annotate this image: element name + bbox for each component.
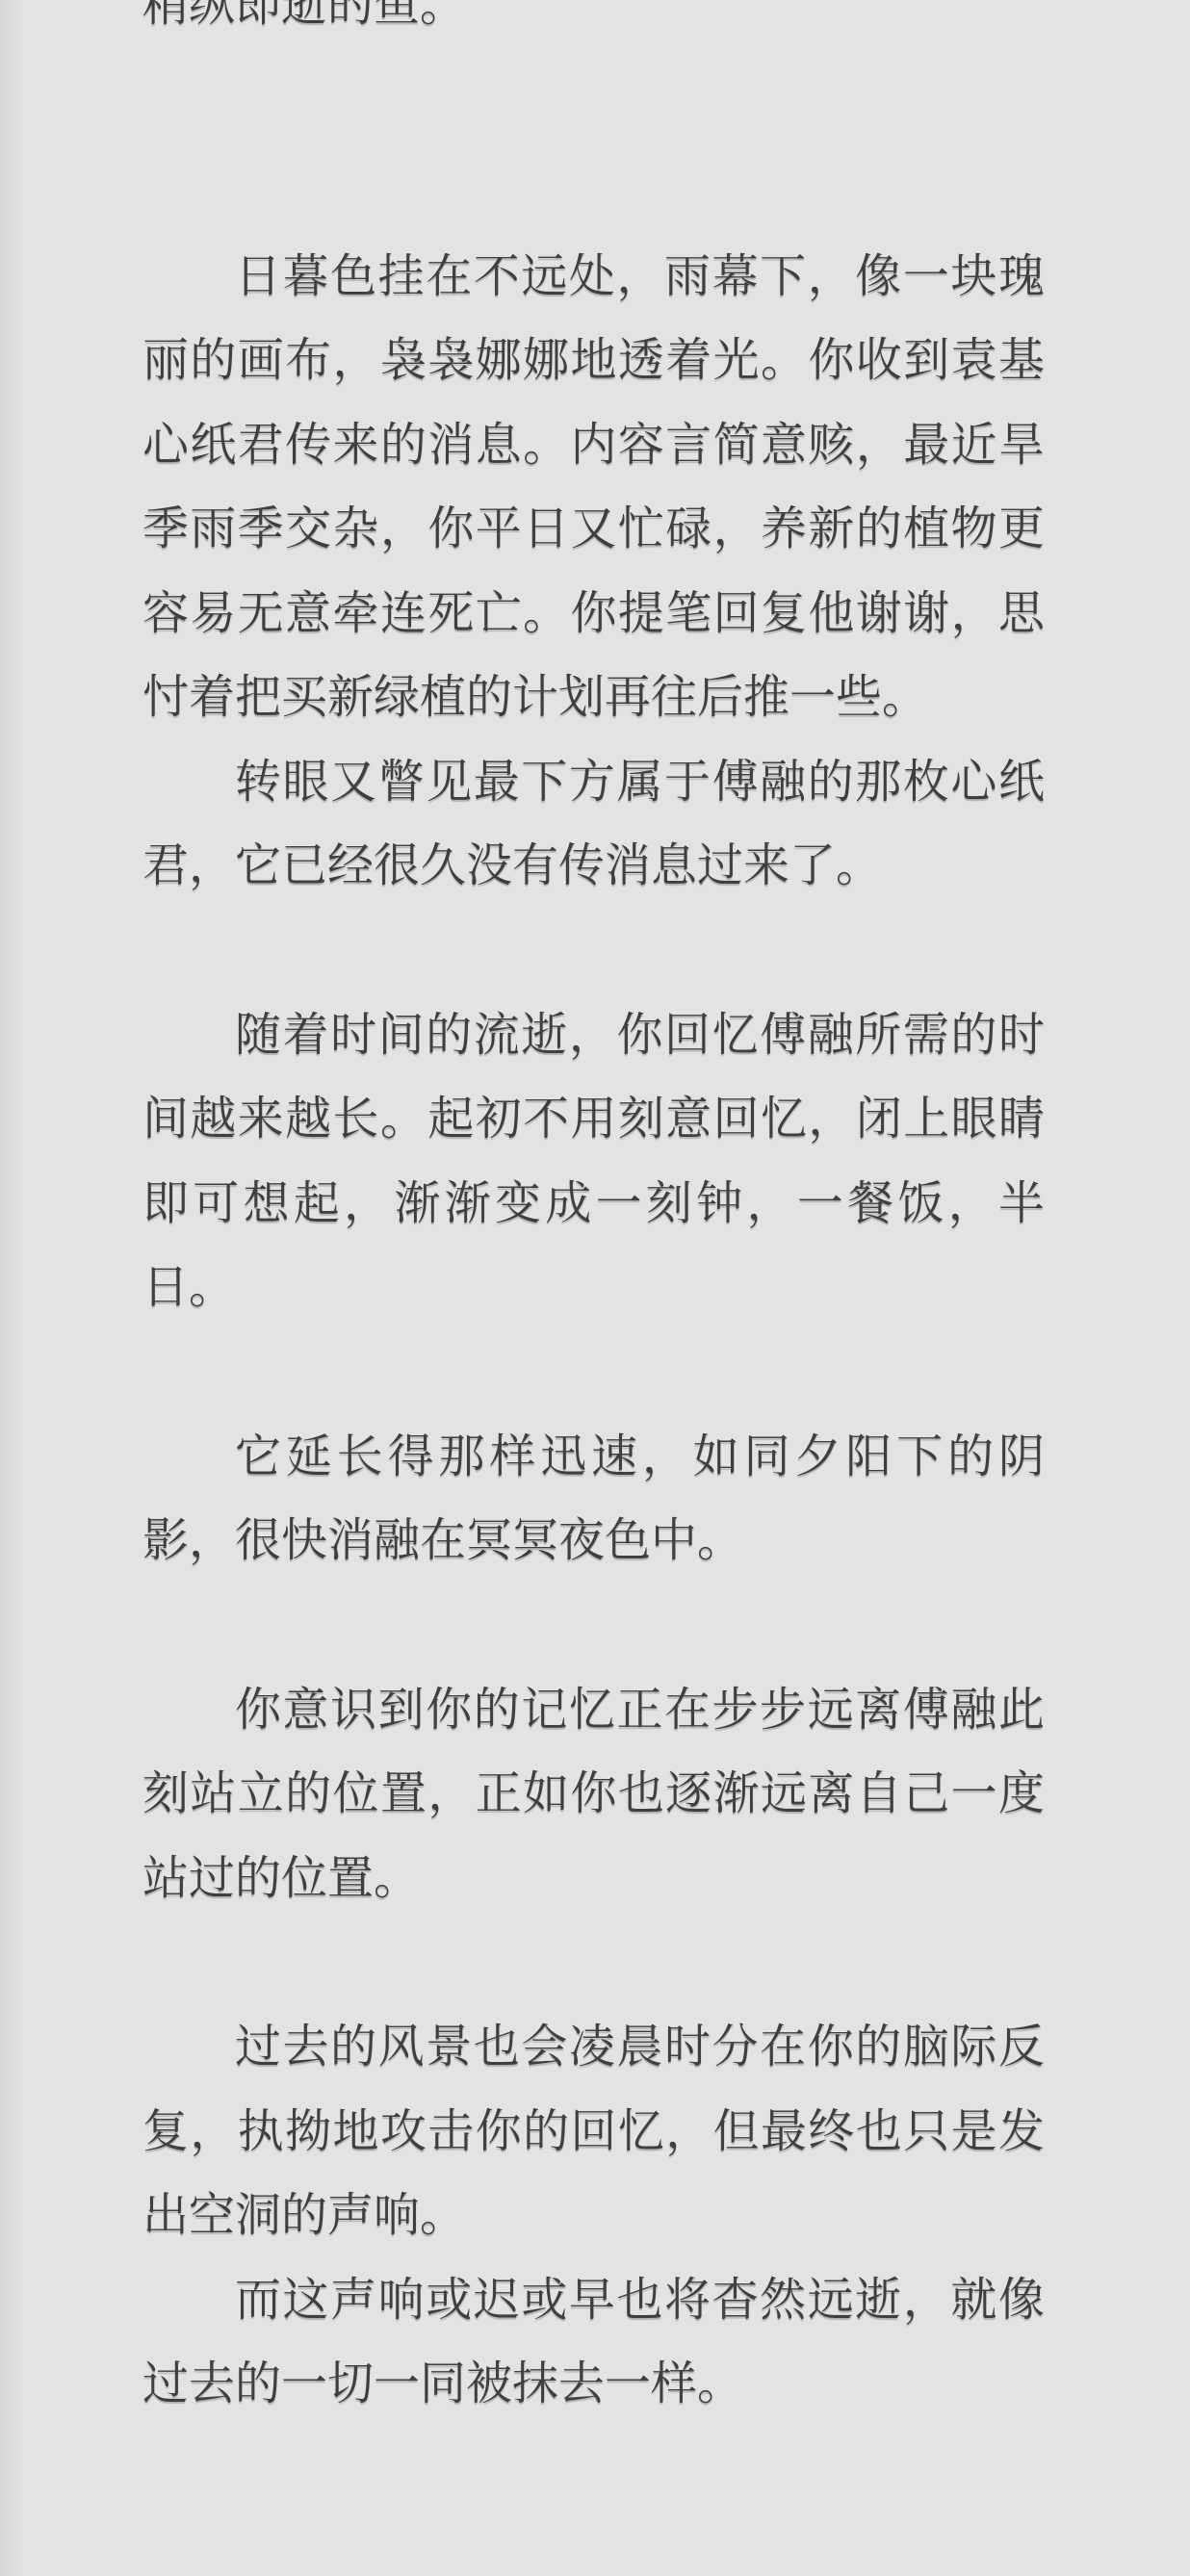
- paragraph: 随着时间的流逝，你回忆傅融所需的时间越来越长。起初不用刻意回忆，闭上眼睛即可想起…: [142, 993, 1045, 1330]
- paragraph: 你意识到你的记忆正在步步远离傅融此刻站立的位置，正如你也逐渐远离自己一度站过的位…: [142, 1668, 1045, 1921]
- reader-page[interactable]: 稍纵即逝的鱼。 日暮色挂在不远处，雨幕下，像一块瑰丽的画布，袅袅娜娜地透着光。你…: [0, 0, 1190, 2576]
- paragraph: 过去的风景也会凌晨时分在你的脑际反复，执拗地攻击你的回忆，但最终也只是发出空洞的…: [142, 2005, 1045, 2258]
- paragraph: 日暮色挂在不远处，雨幕下，像一块瑰丽的画布，袅袅娜娜地透着光。你收到袁基心纸君传…: [142, 235, 1045, 740]
- paragraph: 转眼又瞥见最下方属于傅融的那枚心纸君，它已经很久没有传消息过来了。: [142, 740, 1045, 909]
- paragraph-clipped: 稍纵即逝的鱼。: [142, 0, 1045, 48]
- paragraph: 它延长得那样迅速，如同夕阳下的阴影，很快消融在冥冥夜色中。: [142, 1415, 1045, 1584]
- text-content: 稍纵即逝的鱼。 日暮色挂在不远处，雨幕下，像一块瑰丽的画布，袅袅娜娜地透着光。你…: [0, 0, 1190, 2427]
- paragraph: 而这声响或迟或早也将杳然远逝，就像过去的一切一同被抹去一样。: [142, 2258, 1045, 2427]
